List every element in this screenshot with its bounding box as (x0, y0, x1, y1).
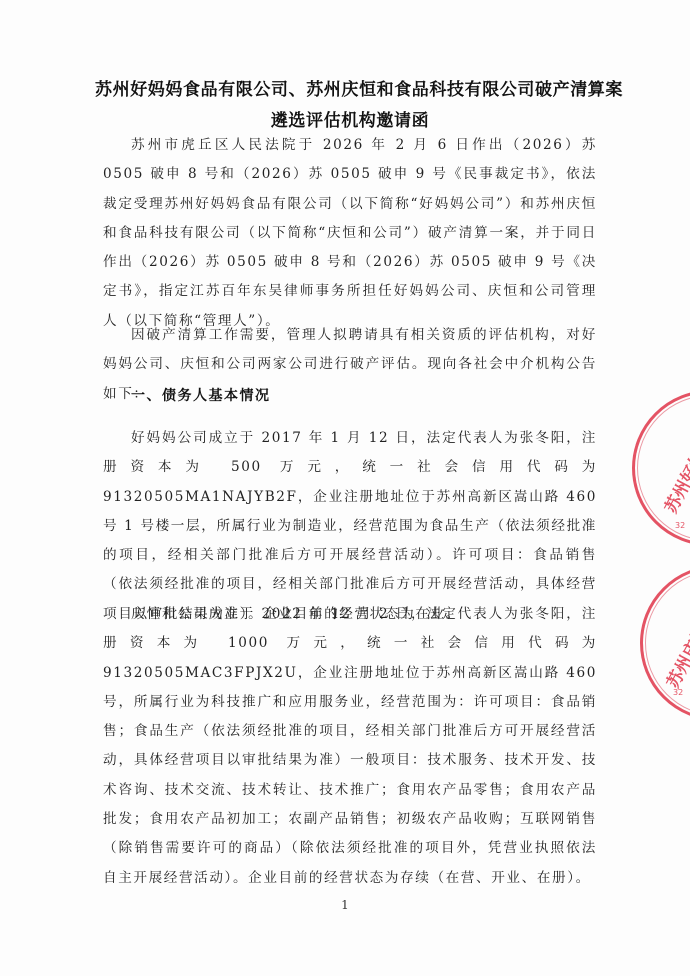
company-seal-haomama: 苏州好妈妈食 32 (632, 390, 690, 546)
page-number: 1 (340, 898, 350, 912)
seal-number: 32 (673, 688, 683, 697)
company-seal-qinghenghe: 苏州庆恒和 32 (640, 565, 690, 721)
document-title-line1: 苏州好妈妈食品有限公司、苏州庆恒和食品科技有限公司破产清算案 (95, 75, 605, 100)
seal-text: 苏州庆恒和 (659, 605, 690, 692)
document-title-line2: 遴选评估机构邀请函 (95, 106, 605, 131)
seal-text: 苏州好妈妈食 (657, 415, 690, 517)
document-page: 苏州好妈妈食品有限公司、苏州庆恒和食品科技有限公司破产清算案 遴选评估机构邀请函… (0, 0, 690, 976)
paragraph-haomama-company: 好妈妈公司成立于 2017 年 1 月 12 日，法定代表人为张冬阳，注册资本为… (103, 424, 597, 629)
paragraph-court-ruling: 苏州市虎丘区人民法院于 2026 年 2 月 6 日作出（2026）苏 0505… (103, 131, 597, 336)
paragraph-qinghenghe-company: 庆恒和公司成立于 2022 年 12 月 2 日，法定代表人为张冬阳，注册资本为… (103, 600, 597, 893)
section-heading-debtor-info: 一、债务人基本情况 (131, 385, 271, 405)
seal-number: 32 (675, 521, 685, 530)
